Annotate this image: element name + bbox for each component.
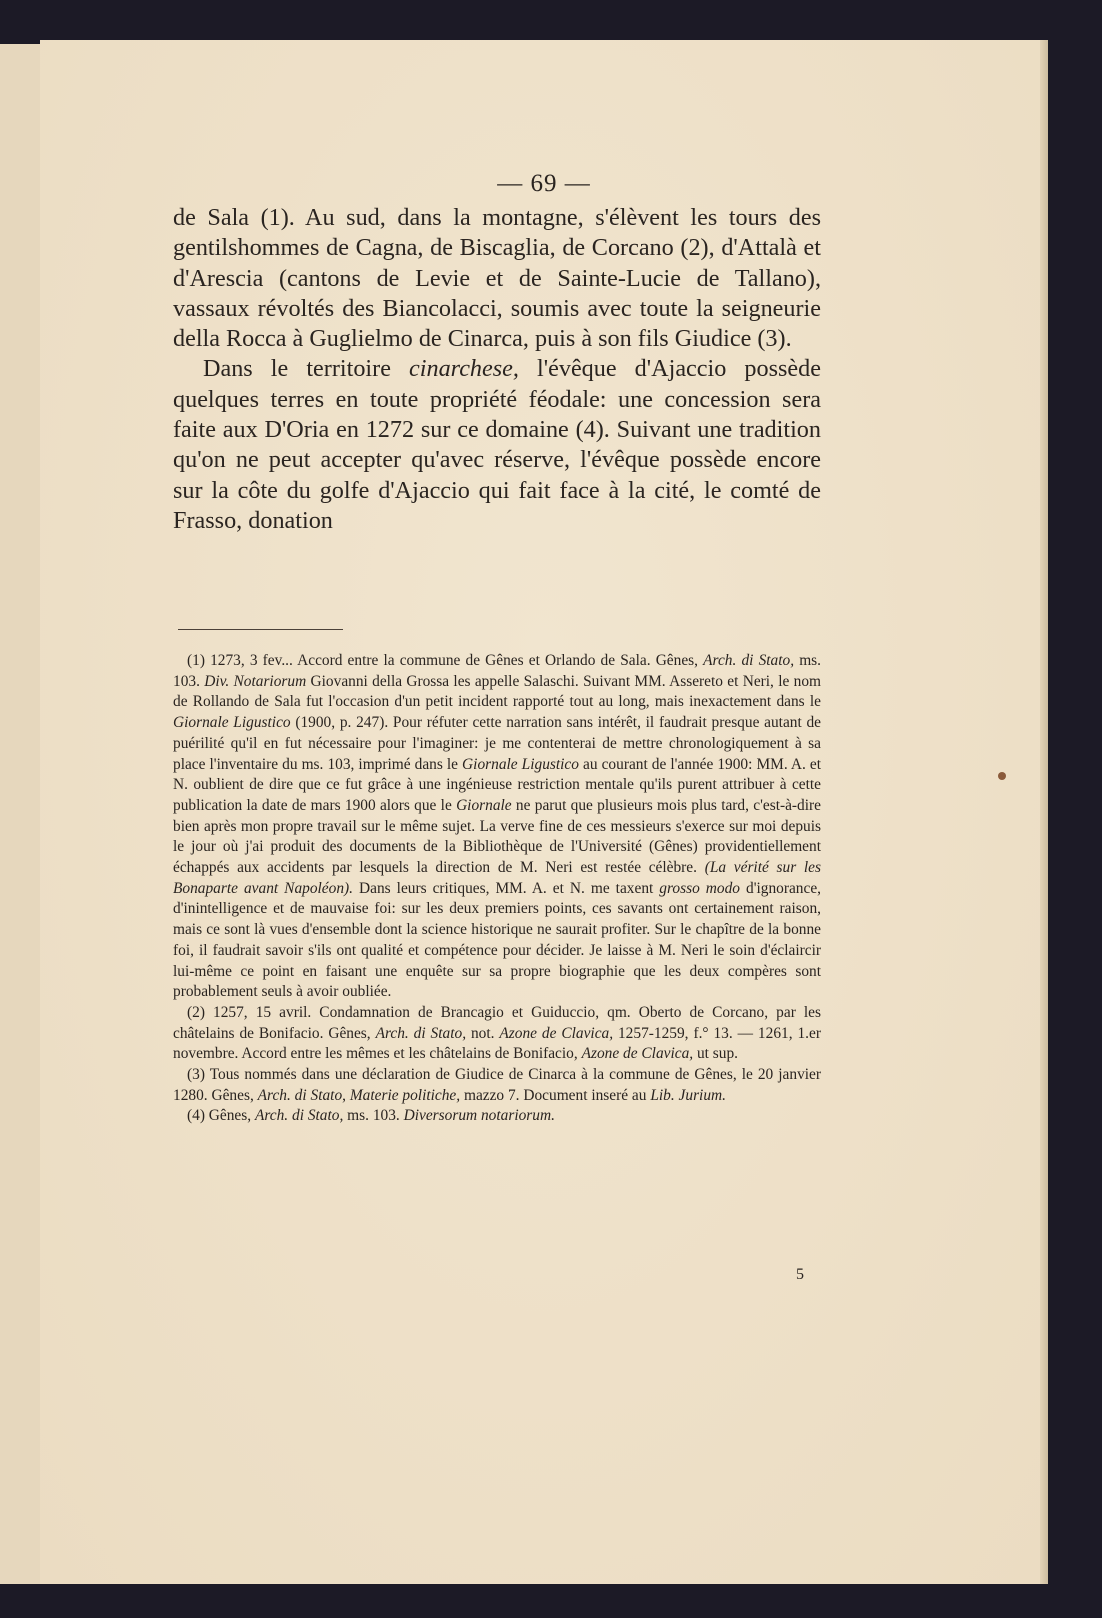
italic-term: cinarchese, xyxy=(409,355,519,382)
page-edge xyxy=(1040,40,1048,1584)
signature-mark: 5 xyxy=(796,1266,804,1284)
footnotes: (1) 1273, 3 fev... Accord entre la commu… xyxy=(173,651,821,1127)
book-page: — 69 — de Sala (1). Au sud, dans la mont… xyxy=(40,40,1048,1584)
body-text: de Sala (1). Au sud, dans la montagne, s… xyxy=(173,203,821,536)
footnote-2: (2) 1257, 15 avril. Condamnation de Bran… xyxy=(173,1003,821,1065)
footnote-separator xyxy=(178,629,343,630)
footnote-4: (4) Gênes, Arch. di Stato, ms. 103. Dive… xyxy=(173,1106,821,1127)
footnote-3: (3) Tous nommés dans une déclaration de … xyxy=(173,1065,821,1106)
paragraph-2: Dans le territoire cinarchese, l'évêque … xyxy=(173,354,821,536)
footnote-1: (1) 1273, 3 fev... Accord entre la commu… xyxy=(173,651,821,1003)
facing-page-edge xyxy=(0,44,42,1584)
ink-stain xyxy=(998,772,1006,780)
paragraph-1: de Sala (1). Au sud, dans la montagne, s… xyxy=(173,203,821,354)
page-number: — 69 — xyxy=(40,170,1048,198)
